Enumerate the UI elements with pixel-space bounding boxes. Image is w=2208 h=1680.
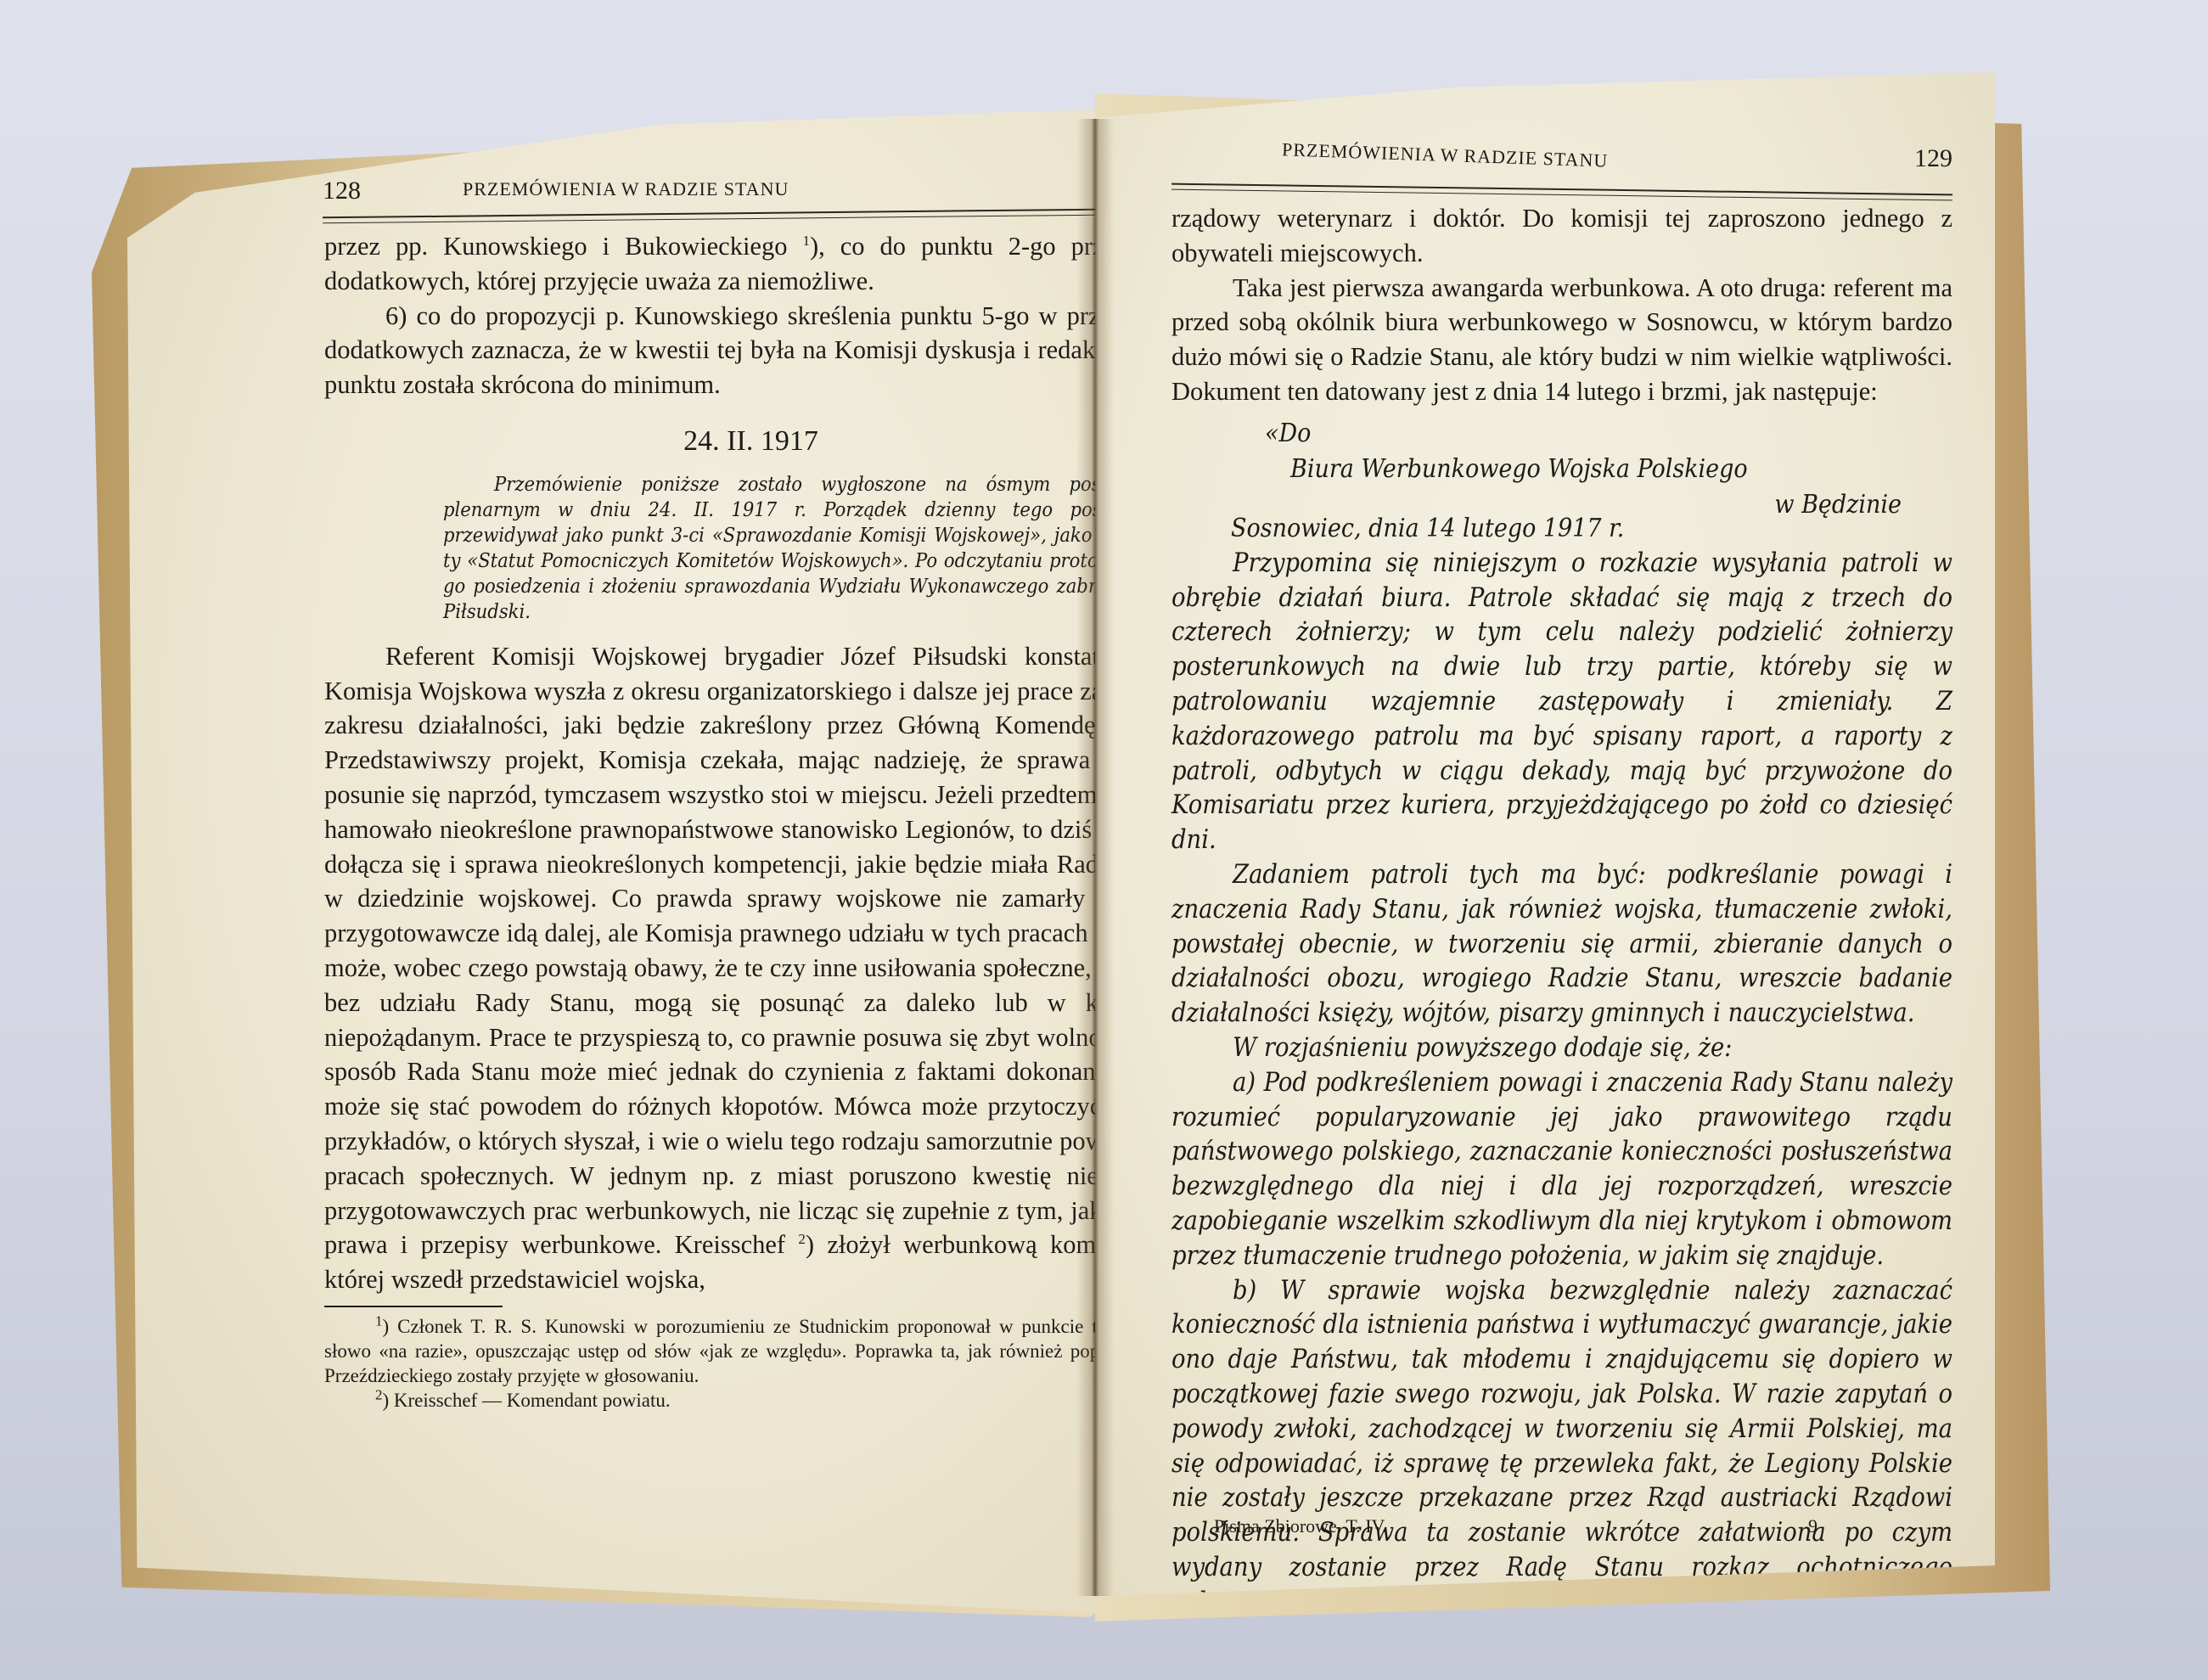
running-title: PRZEMÓWIENIA W RADZIE STANU <box>463 178 789 200</box>
running-header-right: PRZEMÓWIENIA W RADZIE STANU 129 <box>1171 144 1952 173</box>
letter-paragraph: Zadaniem patroli tych ma być: podkreślan… <box>1171 858 1952 1031</box>
intro-note-text: Przemówienie poniższe zostało wygłoszone… <box>443 471 1177 624</box>
footnote-1: 1) Członek T. R. S. Kunowski w porozumie… <box>324 1314 1177 1388</box>
right-page: PRZEMÓWIENIA W RADZIE STANU 129 rządowy … <box>1095 72 1995 1596</box>
right-page-text: rządowy weterynarz i doktór. Do komisji … <box>1171 201 1952 1620</box>
left-page-text: przez pp. Kunowskiego i Bukowieckiego 1)… <box>324 229 1177 1413</box>
signature-sheet-number: 9 <box>1808 1515 1818 1537</box>
letter-header: «Do Biura Werbunkowego Wojska Polskiego … <box>1171 416 1952 547</box>
signature-series: Pisma Zbiorowe. T. IV. <box>1214 1515 1387 1537</box>
intro-note: Przemówienie poniższe zostało wygłoszone… <box>443 471 1177 624</box>
letter-paragraph: a) Pod podkreśleniem powagi i znaczenia … <box>1171 1066 1952 1274</box>
footnotes: 1) Członek T. R. S. Kunowski w porozumie… <box>324 1314 1177 1413</box>
left-page: 128 PRZEMÓWIENIA W RADZIE STANU przez pp… <box>127 102 1095 1613</box>
letter-paragraph: W rozjaśnieniu powyższego dodaje się, że… <box>1171 1031 1952 1066</box>
page-number: 128 <box>323 177 361 205</box>
running-header-left: 128 PRZEMÓWIENIA W RADZIE STANU <box>323 177 1180 205</box>
footnote-ref: 1 <box>802 233 810 249</box>
book-gutter <box>1076 119 1114 1596</box>
header-rule <box>1171 183 1952 201</box>
letter-addressee: Biura Werbunkowego Wojska Polskiego <box>1290 452 1952 487</box>
header-rule <box>323 208 1180 224</box>
footnote-text: ) Członek T. R. S. Kunowski w porozumien… <box>324 1316 1177 1386</box>
speech-body: Referent Komisji Wojskowej brygadier Józ… <box>324 639 1177 1297</box>
footnote-text: ) Kreisschef — Komendant powiatu. <box>383 1390 671 1411</box>
footnote-ref: 2 <box>798 1231 806 1247</box>
page-number: 129 <box>1914 144 1952 173</box>
letter-salutation: «Do <box>1265 416 1952 452</box>
footnote-mark: 2 <box>375 1386 383 1402</box>
footnote-2: 2) Kreisschef — Komendant powiatu. <box>324 1388 1177 1413</box>
speech-body-text: Referent Komisji Wojskowej brygadier Józ… <box>324 642 1177 1260</box>
footnote-divider <box>324 1306 503 1307</box>
footnote-mark: 1 <box>375 1312 383 1329</box>
paragraph: Taka jest pierwsza awangarda werbunkowa.… <box>1171 271 1952 409</box>
paragraph: 6) co do propozycji p. Kunowskiego skreś… <box>324 299 1177 402</box>
letter-body: Przypomina się niniejszym o rozkazie wys… <box>1171 547 1952 1621</box>
continuation-text: rządowy weterynarz i doktór. Do komisji … <box>1171 201 1952 271</box>
letter-paragraph: b) W sprawie wojska bezwzględnie należy … <box>1171 1274 1952 1621</box>
letter-paragraph: Przypomina się niniejszym o rozkazie wys… <box>1171 547 1952 858</box>
section-date-heading: 24. II. 1917 <box>324 424 1177 459</box>
open-book: 128 PRZEMÓWIENIA W RADZIE STANU przez pp… <box>0 0 2208 1680</box>
continuation-text: przez pp. Kunowskiego i Bukowieckiego <box>324 232 802 261</box>
running-title: PRZEMÓWIENIA W RADZIE STANU <box>1282 138 1609 171</box>
